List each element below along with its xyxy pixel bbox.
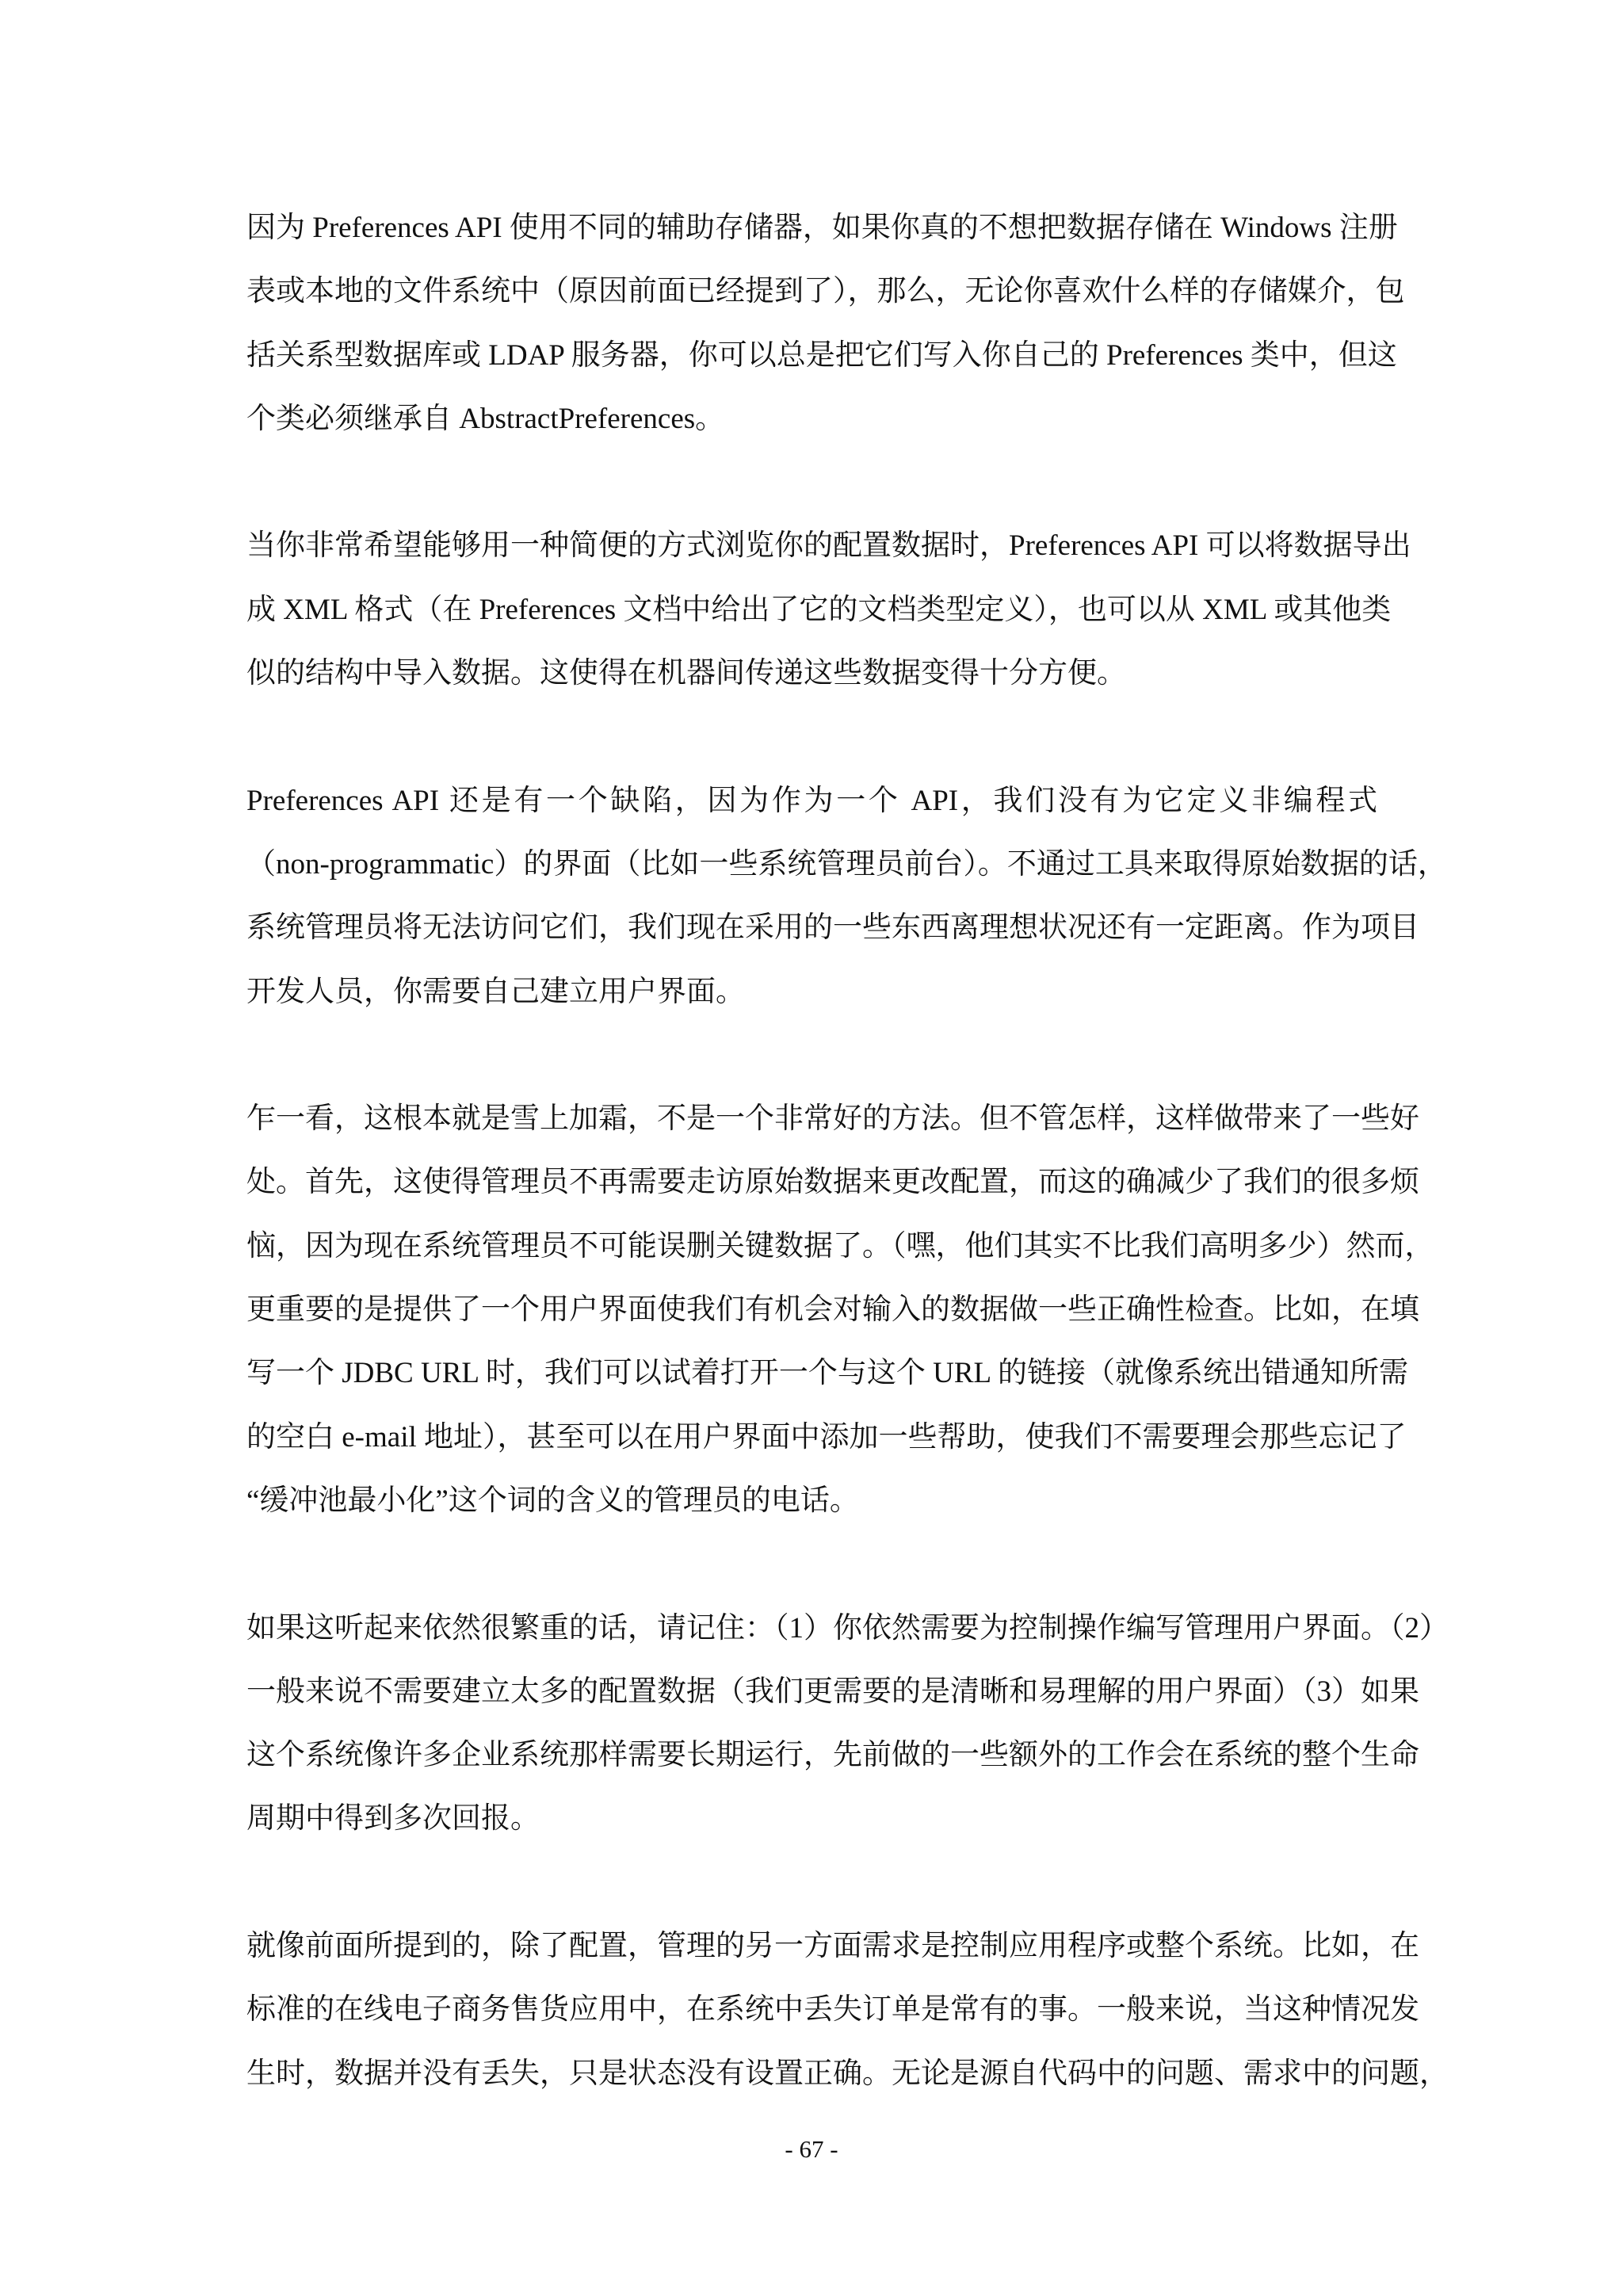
text-line: 当你非常希望能够用一种简便的方式浏览你的配置数据时，Preferences AP… [246,514,1377,578]
document-page: 因为 Preferences API 使用不同的辅助存储器，如果你真的不想把数据… [0,0,1623,2296]
text-line: （non-programmatic）的界面（比如一些系统管理员前台）。不通过工具… [246,833,1377,896]
text-line: 标准的在线电子商务售货应用中，在系统中丢失订单是常有的事。一般来说，当这种情况发 [246,1978,1377,2042]
text-line: 处。首先，这使得管理员不再需要走访原始数据来更改配置，而这的确减少了我们的很多烦 [246,1151,1377,1214]
text-line: 就像前面所提到的，除了配置，管理的另一方面需求是控制应用程序或整个系统。比如，在 [246,1915,1377,1978]
paragraph-control-management: 就像前面所提到的，除了配置，管理的另一方面需求是控制应用程序或整个系统。比如，在… [246,1915,1377,2106]
body-text: 因为 Preferences API 使用不同的辅助存储器，如果你真的不想把数据… [246,197,1377,2169]
text-line: 的空白 e-mail 地址），甚至可以在用户界面中添加一些帮助，使我们不需要理会… [246,1406,1377,1469]
text-line: 似的结构中导入数据。这使得在机器间传递这些数据变得十分方便。 [246,642,1377,705]
text-line: 生时，数据并没有丢失，只是状态没有设置正确。无论是源自代码中的问题、需求中的问题… [246,2042,1377,2106]
text-line: 括关系型数据库或 LDAP 服务器，你可以总是把它们写入你自己的 Prefere… [246,324,1377,388]
text-line: 成 XML 格式（在 Preferences 文档中给出了它的文档类型定义），也… [246,579,1377,642]
text-line: 因为 Preferences API 使用不同的辅助存储器，如果你真的不想把数据… [246,197,1377,260]
paragraph-ui-benefits: 乍一看，这根本就是雪上加霜，不是一个非常好的方法。但不管怎样，这样做带来了一些好… [246,1087,1377,1533]
text-line: 乍一看，这根本就是雪上加霜，不是一个非常好的方法。但不管怎样，这样做带来了一些好 [246,1087,1377,1151]
text-line: 写一个 JDBC URL 时，我们可以试着打开一个与这个 URL 的链接（就像系… [246,1342,1377,1405]
text-line: 恼，因为现在系统管理员不可能误删关键数据了。（嘿，他们其实不比我们高明多少）然而… [246,1215,1377,1278]
page-number: - 67 - [0,2132,1623,2167]
text-line: “缓冲池最小化”这个词的含义的管理员的电话。 [246,1469,1377,1533]
paragraph-custom-storage: 因为 Preferences API 使用不同的辅助存储器，如果你真的不想把数据… [246,197,1377,451]
text-line: 开发人员，你需要自己建立用户界面。 [246,961,1377,1024]
text-line: Preferences API 还是有一个缺陷，因为作为一个 API，我们没有为… [246,770,1377,833]
paragraph-api-drawback: Preferences API 还是有一个缺陷，因为作为一个 API，我们没有为… [246,770,1377,1024]
text-line: 更重要的是提供了一个用户界面使我们有机会对输入的数据做一些正确性检查。比如，在填 [246,1278,1377,1342]
paragraph-remember-list: 如果这听起来依然很繁重的话，请记住：（1）你依然需要为控制操作编写管理用户界面。… [246,1597,1377,1851]
text-line: 这个系统像许多企业系统那样需要长期运行，先前做的一些额外的工作会在系统的整个生命 [246,1724,1377,1787]
text-line: 个类必须继承自 AbstractPreferences。 [246,388,1377,451]
paragraph-xml-export: 当你非常希望能够用一种简便的方式浏览你的配置数据时，Preferences AP… [246,514,1377,705]
text-line: 如果这听起来依然很繁重的话，请记住：（1）你依然需要为控制操作编写管理用户界面。… [246,1597,1377,1660]
text-line: 一般来说不需要建立太多的配置数据（我们更需要的是清晰和易理解的用户界面）（3）如… [246,1660,1377,1724]
text-line: 系统管理员将无法访问它们，我们现在采用的一些东西离理想状况还有一定距离。作为项目 [246,896,1377,960]
text-line: 周期中得到多次回报。 [246,1787,1377,1851]
text-line: 表或本地的文件系统中（原因前面已经提到了），那么，无论你喜欢什么样的存储媒介，包 [246,260,1377,323]
